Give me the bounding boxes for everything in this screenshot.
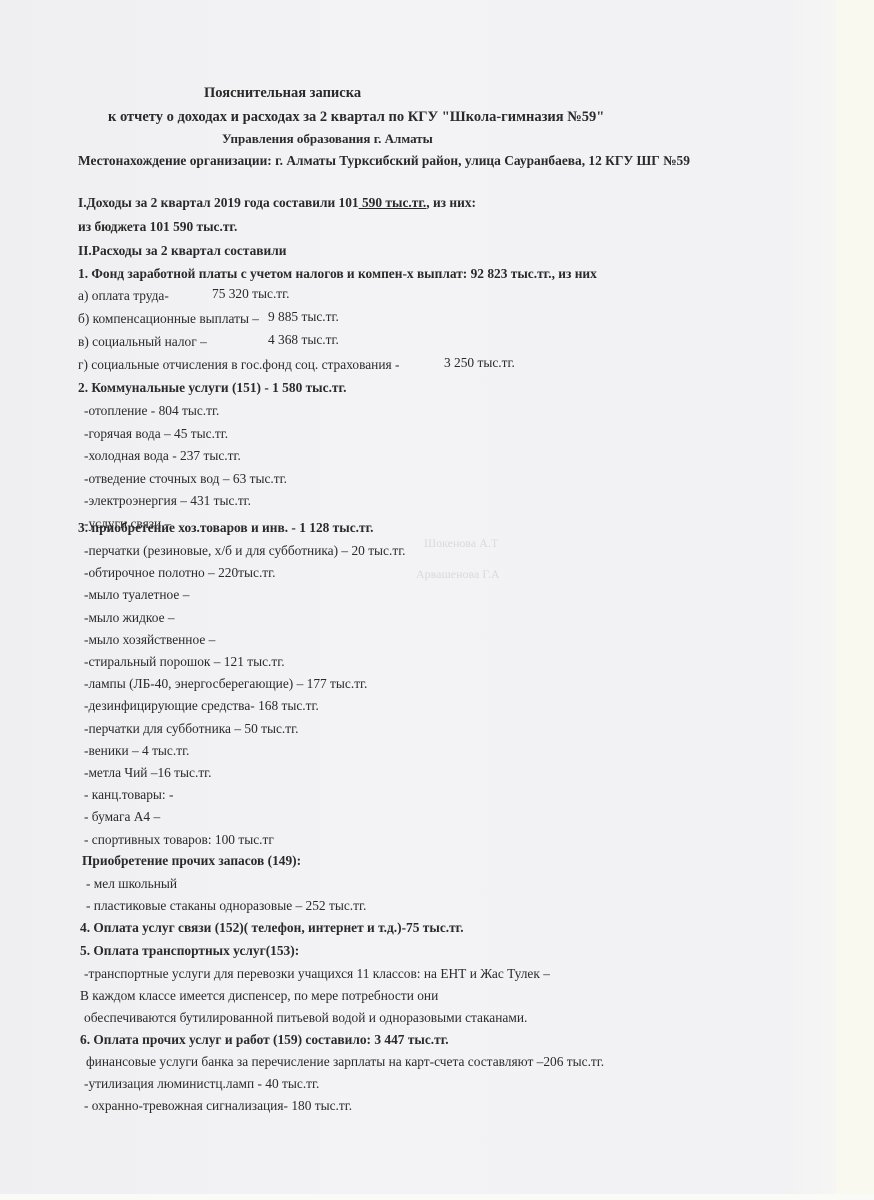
other-stock-item: - пластиковые стаканы одноразовые – 252 … — [86, 898, 366, 914]
payroll-item-label: а) оплата труда- — [78, 288, 169, 304]
communication-heading: 4. Оплата услуг связи (152)( телефон, ин… — [80, 920, 464, 936]
supply-item: -лампы (ЛБ-40, энергосберегающие) – 177 … — [84, 676, 367, 692]
payroll-item-label: б) компенсационные выплаты – — [78, 311, 259, 327]
payroll-item-label: в) социальный налог – — [78, 334, 207, 350]
other-services-item: финансовые услуги банка за перечисление … — [86, 1054, 604, 1070]
payroll-item-value: 75 320 тыс.тг. — [212, 286, 290, 302]
supply-item: - спортивных товаров: 100 тыс.тг — [84, 832, 274, 848]
supply-item: -обтирочное полотно – 220тыс.тг. — [84, 565, 275, 581]
supply-item: -дезинфицирующие средства- 168 тыс.тг. — [84, 698, 319, 714]
payroll-heading: 1. Фонд заработной платы с учетом налого… — [78, 266, 597, 282]
utility-item: -отопление - 804 тыс.тг. — [84, 403, 219, 419]
page-edge — [836, 0, 874, 1200]
income-total-underlined: 590 тыс.тг. — [359, 195, 427, 210]
supply-item: -перчатки для субботника – 50 тыс.тг. — [84, 721, 298, 737]
supply-item: -стиральный порошок – 121 тыс.тг. — [84, 654, 285, 670]
payroll-item-value: 9 885 тыс.тг. — [268, 309, 339, 325]
payroll-item-value: 4 368 тыс.тг. — [268, 332, 339, 348]
supply-item: -мыло туалетное – — [84, 587, 189, 603]
bleed-through-text: Арвашенова Г.А — [416, 567, 500, 582]
utility-item: -отведение сточных вод – 63 тыс.тг. — [84, 471, 287, 487]
supply-item: -метла Чий –16 тыс.тг. — [84, 765, 212, 781]
expenses-heading: II.Расходы за 2 квартал составили — [78, 243, 286, 259]
income-heading: I.Доходы за 2 квартал 2019 года составил… — [78, 195, 476, 211]
supply-item: -мыло хозяйственное – — [84, 632, 215, 648]
department-line: Управления образования г. Алматы — [222, 131, 433, 147]
income-heading-prefix: I.Доходы за 2 квартал 2019 года составил… — [78, 195, 359, 210]
other-services-item: - охранно-тревожная сигнализация- 180 ты… — [84, 1098, 352, 1114]
payroll-item-value: 3 250 тыс.тг. — [444, 355, 515, 371]
other-services-item: -утилизация люминистц.ламп - 40 тыс.тг. — [84, 1076, 319, 1092]
income-budget-line: из бюджета 101 590 тыс.тг. — [78, 219, 237, 235]
payroll-item-label: г) социальные отчисления в гос.фонд соц.… — [78, 357, 399, 373]
document-title: Пояснительная записка — [204, 85, 361, 101]
location-line: Местонахождение организации: г. Алматы Т… — [78, 153, 690, 169]
transport-line: обеспечиваются бутилированной питьевой в… — [84, 1010, 527, 1026]
supply-item: -мыло жидкое – — [84, 610, 175, 626]
supply-item: - бумага А4 – — [84, 809, 160, 825]
page-edge-bottom — [0, 1194, 874, 1200]
scanned-page: Шокенова А.Т Арвашенова Г.А Пояснительна… — [0, 0, 874, 1200]
utility-item: -электроэнергия – 431 тыс.тг. — [84, 493, 251, 509]
transport-line: В каждом классе имеется диспенсер, по ме… — [80, 988, 438, 1004]
transport-line: -транспортные услуги для перевозки учащи… — [84, 966, 550, 982]
supply-item: -веники – 4 тыс.тг. — [84, 743, 189, 759]
other-stock-item: - мел школьный — [86, 876, 177, 892]
supply-item: -перчатки (резиновые, х/б и для субботни… — [84, 543, 406, 559]
transport-heading: 5. Оплата транспортных услуг(153): — [80, 943, 299, 959]
income-heading-suffix: , из них: — [426, 195, 476, 210]
supply-item: - канц.товары: - — [84, 787, 173, 803]
other-stock-heading: Приобретение прочих запасов (149): — [82, 853, 301, 869]
utilities-heading: 2. Коммунальные услуги (151) - 1 580 тыс… — [78, 380, 346, 396]
supplies-heading: 3. приобретение хоз.товаров и инв. - 1 1… — [78, 520, 374, 536]
bleed-through-text: Шокенова А.Т — [424, 536, 498, 551]
document-subtitle: к отчету о доходах и расходах за 2 кварт… — [108, 109, 604, 125]
other-services-heading: 6. Оплата прочих услуг и работ (159) сос… — [80, 1032, 449, 1048]
utility-item: -горячая вода – 45 тыс.тг. — [84, 426, 228, 442]
utility-item: -холодная вода - 237 тыс.тг. — [84, 448, 241, 464]
